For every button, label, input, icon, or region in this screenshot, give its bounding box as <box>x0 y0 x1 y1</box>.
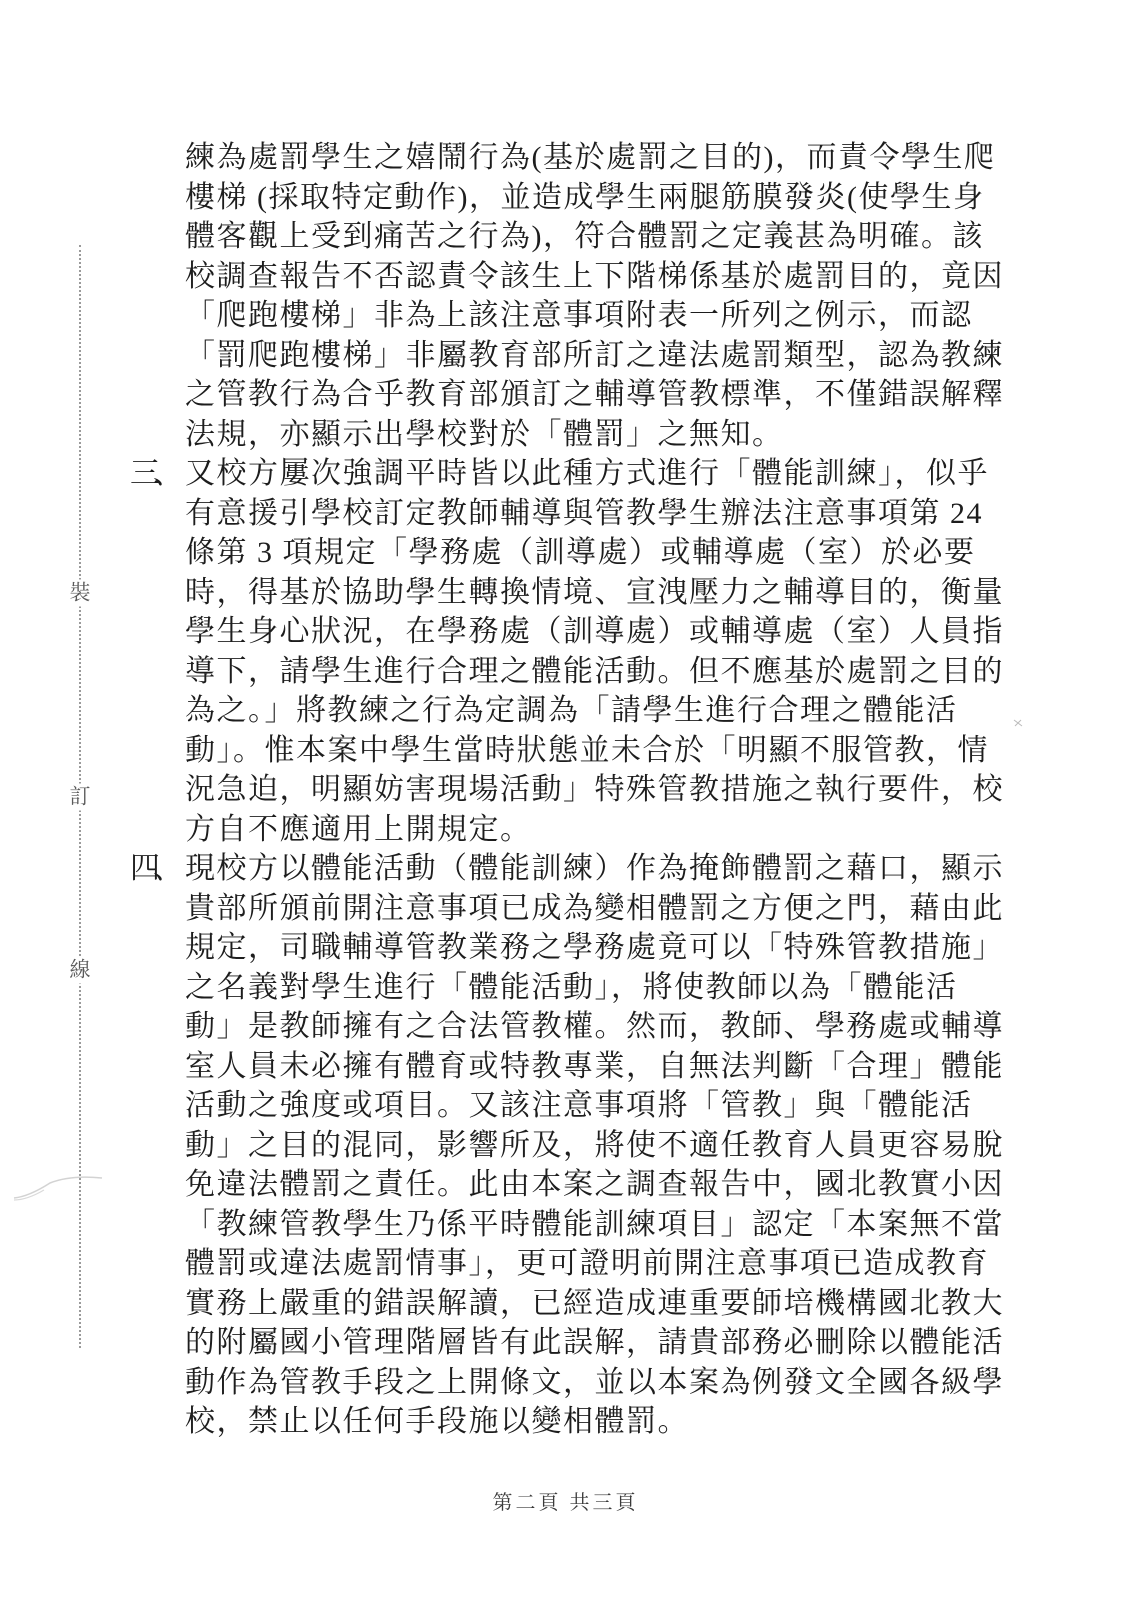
text-line: 學生身心狀況，在學務處（訓導處）或輔導處（室）人員指 <box>185 612 1020 652</box>
text-line: 況急迫，明顯妨害現場活動」特殊管教措施之執行要件，校 <box>185 770 1020 810</box>
paragraph: 四、現校方以體能活動（體能訓練）作為掩飾體罰之藉口，顯示貴部所頒前開注意事項已成… <box>130 849 1020 1442</box>
text-line: 動」之目的混同，影響所及，將使不適任教育人員更容易脫 <box>185 1126 1020 1166</box>
text-line: 動」是教師擁有之合法管教權。然而，教師、學務處或輔導 <box>185 1007 1020 1047</box>
paragraph: 三、又校方屢次強調平時皆以此種方式進行「體能訓練」，似乎有意援引學校訂定教師輔導… <box>130 454 1020 849</box>
text-line: 的附屬國小管理階層皆有此誤解，請貴部務必刪除以體能活 <box>185 1323 1020 1363</box>
document-page: 裝 訂 線 練為處罰學生之嬉鬧行為(基於處罰之目的)，而責令學生爬樓梯 (採取特… <box>0 0 1131 1600</box>
paragraph-lines: 現校方以體能活動（體能訓練）作為掩飾體罰之藉口，顯示貴部所頒前開注意事項已成為變… <box>185 849 1020 1442</box>
text-line: 校，禁止以任何手段施以變相體罰。 <box>185 1402 1020 1442</box>
binding-mark-ding: 訂 <box>70 784 91 811</box>
text-line: 為之。」將教練之行為定調為「請學生進行合理之體能活 <box>185 691 1020 731</box>
pen-mark <box>10 1170 110 1204</box>
list-marker: 三、 <box>130 454 185 494</box>
text-line: 時，得基於協助學生轉換情境、宣洩壓力之輔導目的，衡量 <box>185 573 1020 613</box>
text-line: 校調查報告不否認責令該生上下階梯係基於處罰目的，竟因 <box>185 257 1020 297</box>
text-line: 條第 3 項規定「學務處（訓導處）或輔導處（室）於必要 <box>185 533 1020 573</box>
text-line: 導下，請學生進行合理之體能活動。但不應基於處罰之目的 <box>185 652 1020 692</box>
text-line: 實務上嚴重的錯誤解讀，已經造成連重要師培機構國北教大 <box>185 1284 1020 1324</box>
paragraph-lines: 練為處罰學生之嬉鬧行為(基於處罰之目的)，而責令學生爬樓梯 (採取特定動作)，並… <box>185 138 1020 454</box>
text-line: 有意援引學校訂定教師輔導與管教學生辦法注意事項第 24 <box>185 494 1020 534</box>
document-body: 練為處罰學生之嬉鬧行為(基於處罰之目的)，而責令學生爬樓梯 (採取特定動作)，並… <box>130 138 1020 1442</box>
paragraph-lines: 又校方屢次強調平時皆以此種方式進行「體能訓練」，似乎有意援引學校訂定教師輔導與管… <box>185 454 1020 849</box>
text-line: 體罰或違法處罰情事」，更可證明前開注意事項已造成教育 <box>185 1244 1020 1284</box>
text-line: 室人員未必擁有體育或特教專業，自無法判斷「合理」體能 <box>185 1047 1020 1087</box>
text-line: 活動之強度或項目。又該注意事項將「管教」與「體能活 <box>185 1086 1020 1126</box>
scan-artifact <box>1012 718 1024 728</box>
text-line: 動作為管教手段之上開條文，並以本案為例發文全國各級學 <box>185 1363 1020 1403</box>
list-marker: 四、 <box>130 849 185 889</box>
text-line: 樓梯 (採取特定動作)，並造成學生兩腿筋膜發炎(使學生身 <box>185 178 1020 218</box>
text-line: 「教練管教學生乃係平時體能訓練項目」認定「本案無不當 <box>185 1205 1020 1245</box>
text-line: 法規，亦顯示出學校對於「體罰」之無知。 <box>185 415 1020 455</box>
page-footer: 第二頁 共三頁 <box>0 1486 1131 1515</box>
binding-mark-xian: 線 <box>70 957 91 984</box>
text-line: 免違法體罰之責任。此由本案之調查報告中，國北教實小因 <box>185 1165 1020 1205</box>
text-line: 動」。惟本案中學生當時狀態並未合於「明顯不服管教，情 <box>185 731 1020 771</box>
text-line: 體客觀上受到痛苦之行為)，符合體罰之定義甚為明確。該 <box>185 217 1020 257</box>
text-line: 規定，司職輔導管教業務之學務處竟可以「特殊管教措施」 <box>185 928 1020 968</box>
text-line: 「罰爬跑樓梯」非屬教育部所訂之違法處罰類型，認為教練 <box>185 336 1020 376</box>
paragraph: 練為處罰學生之嬉鬧行為(基於處罰之目的)，而責令學生爬樓梯 (採取特定動作)，並… <box>130 138 1020 454</box>
binding-mark-zhuang: 裝 <box>70 580 91 607</box>
text-line: 「爬跑樓梯」非為上該注意事項附表一所列之例示，而認 <box>185 296 1020 336</box>
text-line: 貴部所頒前開注意事項已成為變相體罰之方便之門，藉由此 <box>185 889 1020 929</box>
text-line: 又校方屢次強調平時皆以此種方式進行「體能訓練」，似乎 <box>185 454 1020 494</box>
text-line: 之管教行為合乎教育部頒訂之輔導管教標準，不僅錯誤解釋 <box>185 375 1020 415</box>
text-line: 現校方以體能活動（體能訓練）作為掩飾體罰之藉口，顯示 <box>185 849 1020 889</box>
text-line: 練為處罰學生之嬉鬧行為(基於處罰之目的)，而責令學生爬 <box>185 138 1020 178</box>
text-line: 方自不應適用上開規定。 <box>185 810 1020 850</box>
text-line: 之名義對學生進行「體能活動」，將使教師以為「體能活 <box>185 968 1020 1008</box>
